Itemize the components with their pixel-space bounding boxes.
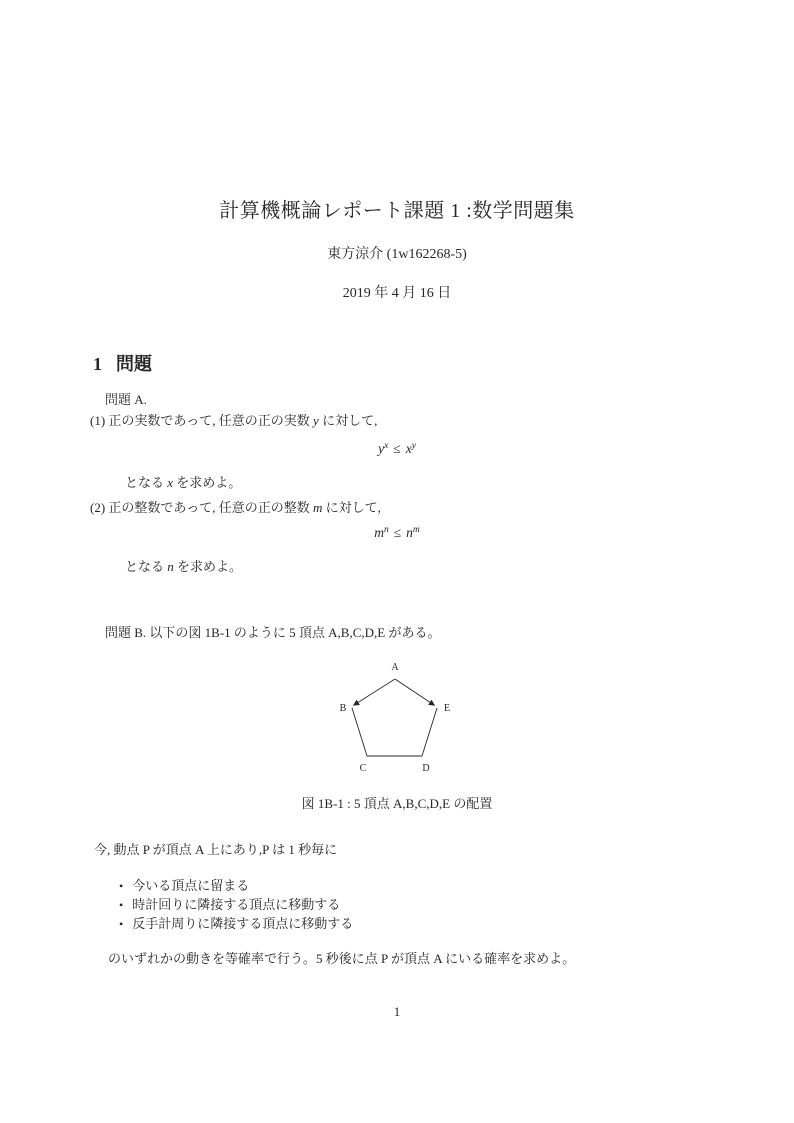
document-author: 東方涼介 (1w162268-5) bbox=[0, 243, 794, 263]
edge-b-c bbox=[352, 708, 367, 756]
formula-2: mn≤nm bbox=[0, 525, 794, 541]
problem-a-item2-suffix: に対して, bbox=[322, 500, 381, 515]
formula-2-rhs: n bbox=[406, 525, 413, 540]
section-heading: 1問題 bbox=[93, 350, 152, 376]
problem-b-setup: 今, 動点 P が頂点 A 上にあり,P は 1 秒毎に bbox=[94, 840, 337, 860]
problem-a-item1: (1) 正の実数であって, 任意の正の実数 y に対して, bbox=[90, 411, 377, 431]
problem-a-item1-suffix: に対して, bbox=[319, 413, 378, 428]
formula-1-rhs-exp: y bbox=[412, 441, 416, 451]
document-page: 計算機概論レポート課題 1 :数学問題集 東方涼介 (1w162268-5) 2… bbox=[0, 0, 794, 1123]
bullet-icon: • bbox=[119, 876, 123, 896]
problem-a-item2-answer: となる n を求めよ。 bbox=[125, 557, 242, 577]
formula-2-rhs-exp: m bbox=[413, 525, 420, 535]
problem-b-intro: 問題 B. 以下の図 1B-1 のように 5 頂点 A,B,C,D,E がある。 bbox=[105, 623, 440, 643]
formula-2-relation: ≤ bbox=[389, 525, 406, 540]
edge-d-e bbox=[422, 708, 437, 756]
problem-a-item1-answer-suffix: を求めよ。 bbox=[173, 475, 241, 490]
problem-a-item1-answer-prefix: となる bbox=[125, 475, 167, 490]
document-date: 2019 年 4 月 16 日 bbox=[0, 282, 794, 302]
problem-a-item1-answer: となる x を求めよ。 bbox=[125, 473, 241, 493]
list-item: • 今いる頂点に留まる bbox=[119, 876, 249, 896]
vertex-label-c: C bbox=[360, 763, 367, 774]
move-option-counterclockwise: 反手計周りに隣接する頂点に移動する bbox=[132, 914, 353, 934]
edge-a-b-arrow bbox=[354, 679, 395, 705]
problem-b-closing: のいずれかの動きを等確率で行う。5 秒後に点 P が頂点 A にいる確率を求めよ… bbox=[108, 949, 575, 969]
bullet-icon: • bbox=[119, 895, 123, 915]
page-number: 1 bbox=[0, 1004, 794, 1020]
formula-1: yx≤xy bbox=[0, 441, 794, 457]
vertex-label-a: A bbox=[391, 662, 399, 673]
edge-a-e-arrow bbox=[395, 679, 434, 705]
list-item: • 反手計周りに隣接する頂点に移動する bbox=[119, 914, 353, 934]
problem-a-item1-text: (1) 正の実数であって, 任意の正の実数 bbox=[90, 413, 313, 428]
list-item: • 時計回りに隣接する頂点に移動する bbox=[119, 895, 340, 915]
bullet-icon: • bbox=[119, 914, 123, 934]
formula-2-lhs-exp: n bbox=[384, 525, 389, 535]
vertex-label-e: E bbox=[444, 703, 450, 714]
problem-a-item2-answer-prefix: となる bbox=[125, 559, 167, 574]
document-title: 計算機概論レポート課題 1 :数学問題集 bbox=[0, 194, 794, 223]
problem-a-item2: (2) 正の整数であって, 任意の正の整数 m に対して, bbox=[90, 498, 381, 518]
problem-a-item2-var: m bbox=[313, 500, 322, 515]
section-number: 1 bbox=[93, 354, 102, 374]
move-option-clockwise: 時計回りに隣接する頂点に移動する bbox=[132, 895, 340, 915]
move-option-stay: 今いる頂点に留まる bbox=[132, 876, 249, 896]
problem-a-item2-answer-suffix: を求めよ。 bbox=[174, 559, 242, 574]
figure-caption: 図 1B-1 : 5 頂点 A,B,C,D,E の配置 bbox=[0, 793, 794, 812]
formula-1-relation: ≤ bbox=[388, 441, 405, 456]
problem-a-item2-text: (2) 正の整数であって, 任意の正の整数 bbox=[90, 500, 313, 515]
vertex-label-d: D bbox=[422, 763, 429, 774]
pentagon-figure: A B E C D bbox=[339, 654, 469, 780]
vertex-label-b: B bbox=[340, 703, 347, 714]
problem-a-label: 問題 A. bbox=[105, 390, 147, 410]
section-title: 問題 bbox=[116, 354, 152, 374]
formula-2-lhs: m bbox=[374, 525, 384, 540]
